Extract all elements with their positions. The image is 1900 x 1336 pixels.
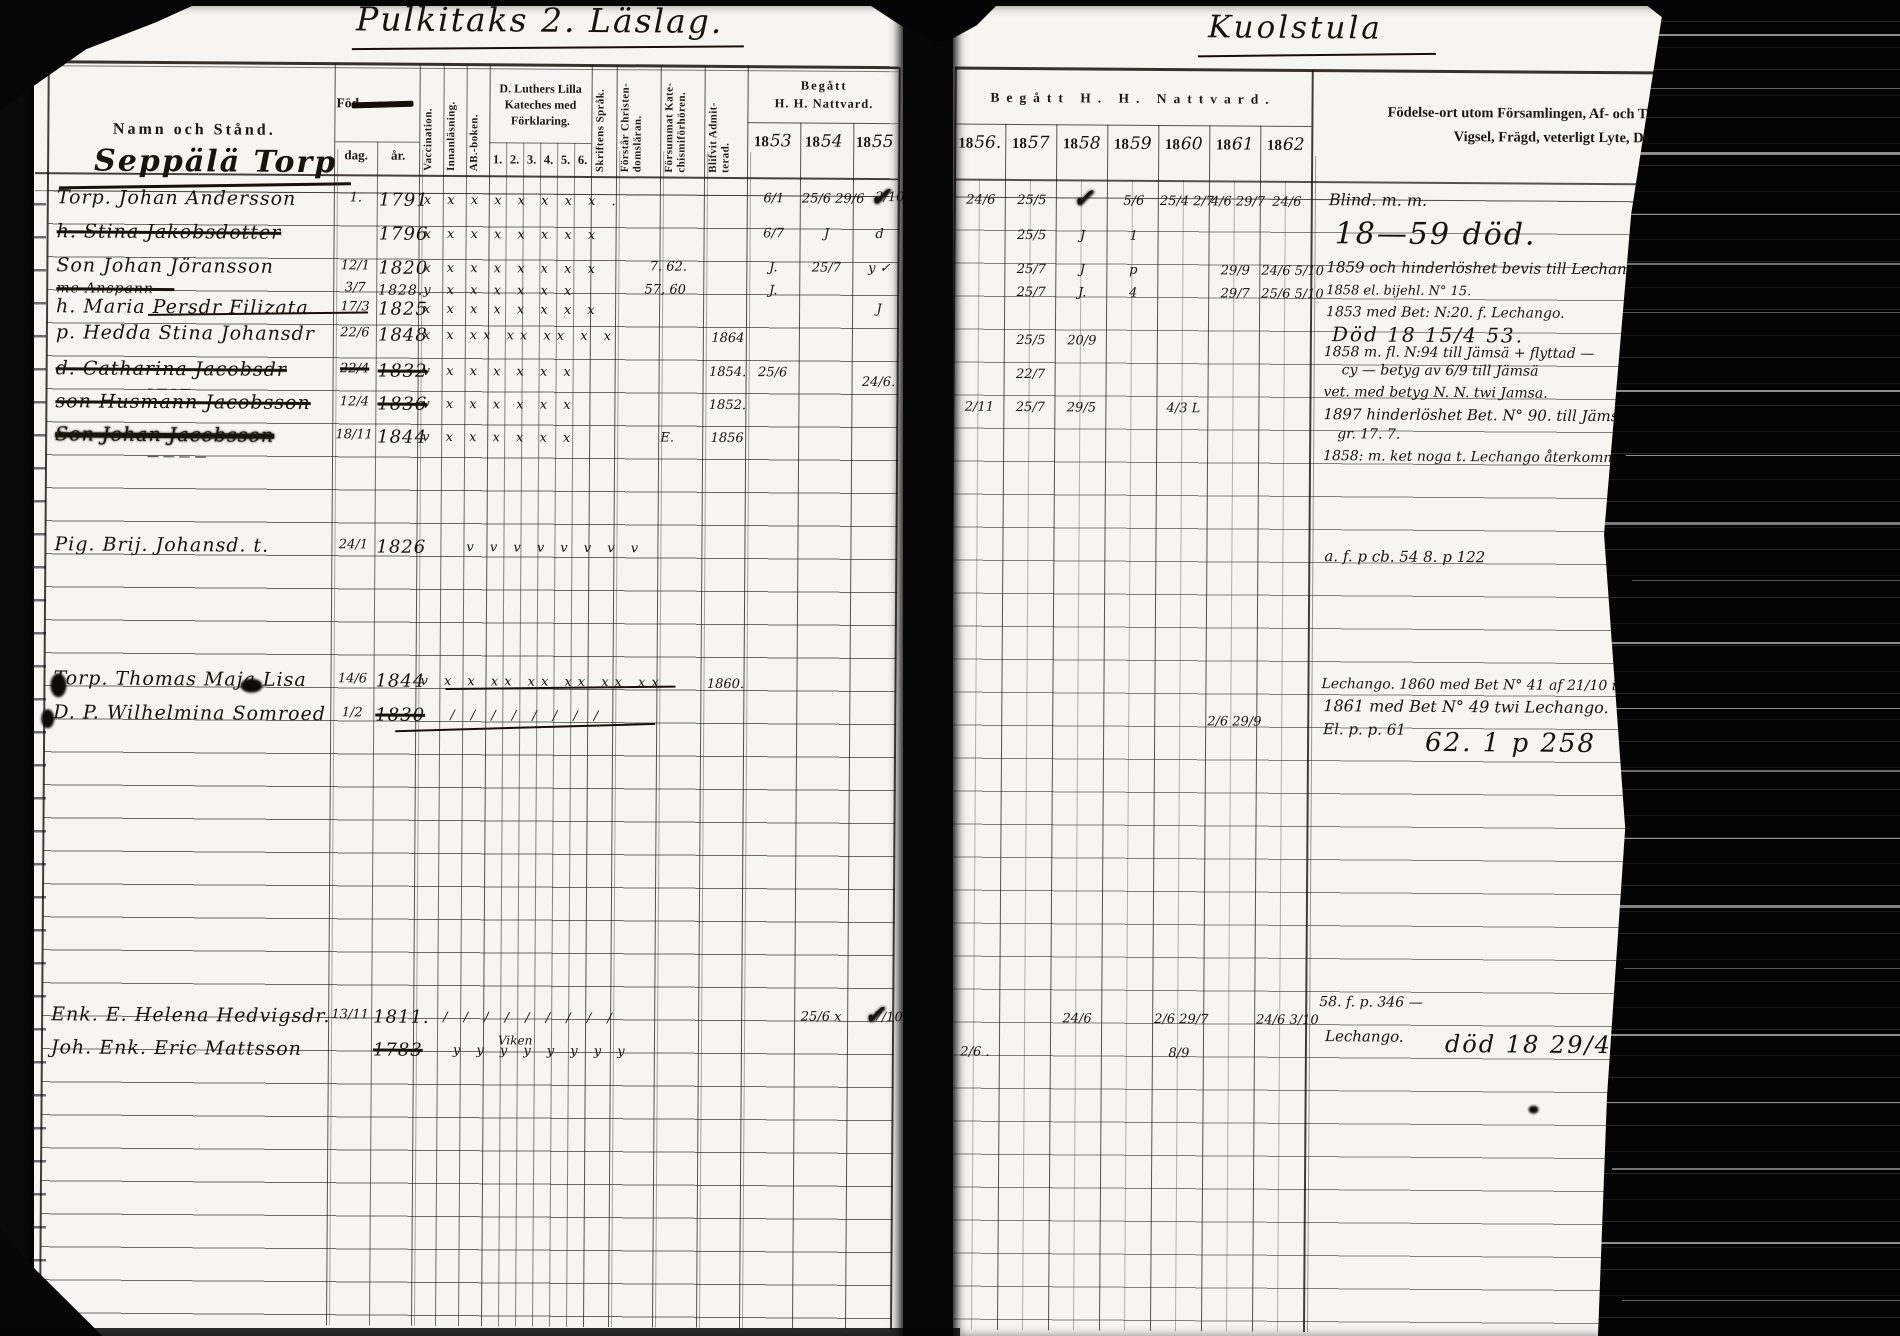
communion-mark: J. <box>748 260 798 275</box>
understands-christianity-header: Förstår Christen- domsläran. <box>619 70 659 172</box>
register-row-birth-day: 13/11 <box>329 1007 371 1022</box>
book-gutter <box>903 0 953 1336</box>
communion-mark: J <box>1058 228 1108 243</box>
right-page-title: Kuolstula <box>1208 9 1383 46</box>
register-row-birth-year: 1828. <box>378 282 423 298</box>
marginal-note: 1861 med Bet N° 49 twi Lechango. <box>1323 697 1608 718</box>
register-row-name: Pig. Brij. Johansd. t. <box>54 533 269 556</box>
year-printed: 18 <box>1165 137 1180 153</box>
catechism-part-number: 5. <box>557 153 574 168</box>
register-row-birth-year: 1825 <box>378 299 428 320</box>
communion-mark: 8/9 <box>1154 1046 1204 1061</box>
communion-mark: J <box>1057 262 1107 277</box>
year-header: 1854 <box>798 131 849 151</box>
communion-mark: 25/6 29/6 <box>802 191 852 206</box>
register-row-birth-year: 1836 <box>377 394 427 415</box>
communion-mark: 25/7 <box>1006 262 1056 277</box>
born-year-header: år. <box>377 148 419 164</box>
year-written: 54 <box>821 132 843 152</box>
register-row-birth-year: 1820 <box>378 258 428 279</box>
marginal-note: 18—59 död. <box>1335 217 1537 253</box>
marginal-note: 58. f. p. 346 — <box>1319 994 1422 1011</box>
communion-mark: 4/3 L <box>1158 401 1208 416</box>
communion-mark: 1864 <box>703 331 753 346</box>
communion-mark: J. <box>748 283 798 298</box>
register-row-birth-year: 1811. <box>373 1007 430 1028</box>
year-header: 1859 <box>1107 134 1158 154</box>
year-printed: 18 <box>1063 136 1078 152</box>
communion-mark: 5/6 <box>1109 194 1159 209</box>
communion-years-left: 185318541855 <box>747 131 900 152</box>
register-row-name: Torp. Johan Andersson <box>57 186 297 210</box>
communion-mark: 25/6 x <box>796 1009 846 1024</box>
register-row-check-marks: v x x x x x x <box>423 364 577 380</box>
register-row-check-marks: v x x x x x x <box>422 430 576 446</box>
register-row-birth-year: 1844 <box>377 427 427 448</box>
reading-header: Innanläsning. <box>445 69 466 171</box>
vaccination-header: Vaccination. <box>422 69 443 171</box>
year-written: 58 <box>1079 133 1101 153</box>
born-day-header: dag. <box>335 147 377 163</box>
register-row-birth-day: 3/7 <box>334 280 376 295</box>
register-row-birth-day: 22/4 <box>334 361 376 376</box>
communion-years-right: 1856.185718581859186018611862 <box>954 133 1311 155</box>
communion-mark: 6/7 <box>749 226 799 241</box>
marginal-note: 1897 hinderlöshet Bet. N° 90. till Jämsä <box>1323 405 1627 425</box>
communion-mark: 24/6 5/10 <box>1261 264 1311 279</box>
year-header: 1853 <box>747 131 798 151</box>
year-written: 59 <box>1130 134 1152 154</box>
marginal-note: 1859 och hinderlöshet bevis till Lechang… <box>1326 258 1650 278</box>
communion-mark: 1860. <box>700 677 750 692</box>
year-header: 1857 <box>1005 133 1056 153</box>
register-row-birth-year: 1848 <box>378 325 428 346</box>
register-row-check-marks: x x xx xx xx x x <box>423 328 617 344</box>
catechism-part-number: 3. <box>523 153 540 168</box>
communion-mark: E. <box>642 430 692 445</box>
year-written: 55 <box>872 132 894 152</box>
register-row-birth-day: 1/2 <box>331 705 373 720</box>
year-header: 1855 <box>849 132 900 152</box>
register-row-birth-year: 1826 <box>376 537 426 558</box>
communion-mark: J. <box>1057 285 1107 300</box>
register-row-name: me Anspann — <box>56 280 174 297</box>
year-written: 60 <box>1181 134 1203 154</box>
communion-mark: 20/9 <box>1057 333 1107 348</box>
year-printed: 18 <box>1012 136 1027 152</box>
catechism-part-number: 1. <box>489 152 506 167</box>
register-row-name: h. Stina Jakobsdotter <box>57 220 282 244</box>
register-row-check-marks: x x x x x x x x <box>423 261 601 277</box>
register-row-birth-year: 1796 <box>379 224 429 245</box>
ink-blot <box>240 679 262 693</box>
missed-catechism-header: Försummat Kate- chismiförhören. <box>663 71 703 173</box>
year-printed: 18 <box>1267 138 1282 154</box>
communion-header-right: Begått H. H. Nattvard. <box>955 90 1312 108</box>
register-row-check-marks: x x x x x x x x <box>423 302 601 318</box>
register-row-check-marks: v x x x x x x <box>422 397 576 413</box>
right-title-underline <box>1198 53 1436 57</box>
year-printed: 18 <box>754 134 769 150</box>
marginal-note: 1858 m. fl. N:94 till Jämsä + flyttad — <box>1324 344 1594 362</box>
ink-blot <box>1528 1106 1538 1114</box>
abc-book-header: AB.-boken. <box>468 69 489 171</box>
register-row-birth-year: 1783 <box>373 1040 423 1061</box>
ink-scribble <box>351 101 413 109</box>
marginal-note: 1853 med Bet: N:20. f. Lechango. <box>1326 304 1565 322</box>
register-row-birth-day: 1. <box>335 190 377 205</box>
register-row-check-marks: / / / / / / / / / <box>443 1010 618 1026</box>
scan-edge-left <box>0 0 34 1336</box>
communion-mark: p <box>1108 263 1158 278</box>
grid-line-horizontal <box>747 122 898 124</box>
register-row-check-marks: / / / / / / / / <box>450 708 604 724</box>
scanned-parish-register: 57 Pulkitaks 2. Läslag. Kuolstula Namn o… <box>0 0 1900 1336</box>
communion-mark: 25/5 <box>1007 193 1057 208</box>
communion-mark: 24/6 3/10 <box>1256 1013 1306 1028</box>
year-written: 62 <box>1283 135 1305 155</box>
register-row-birth-day: 24/1 <box>332 537 374 552</box>
marginal-note: gr. 17. 7. <box>1337 426 1400 442</box>
communion-mark: 1 <box>1109 229 1159 244</box>
register-row-name: D. P. Wilhelmina Somroed <box>53 701 326 725</box>
year-header: 1856. <box>954 133 1005 153</box>
grid-line-horizontal <box>954 124 1311 127</box>
communion-mark: 2/6 29/9 <box>1207 714 1257 729</box>
scan-dark-band-right <box>1598 0 1900 1336</box>
communion-mark: 6/1 <box>749 191 799 206</box>
register-row-birth-day: 22/6 <box>334 325 376 340</box>
communion-mark: 25/4 2/7 <box>1160 194 1210 209</box>
communion-mark: y ✓ <box>854 261 904 276</box>
communion-mark: 25/5 <box>1006 333 1056 348</box>
register-row-check-marks: y y y y y y y y <box>453 1043 631 1059</box>
communion-mark: 1854. <box>703 365 753 380</box>
marginal-note: Blind. m. m. <box>1329 191 1427 211</box>
communion-mark: 2/11 <box>954 400 1004 415</box>
register-row-name: p. Hedda Stina Johansdr <box>56 321 315 345</box>
year-header: 1862 <box>1260 135 1311 155</box>
year-written: 57 <box>1028 133 1050 153</box>
marginal-note: Viken <box>498 1034 533 1048</box>
year-printed: 18 <box>1216 137 1231 153</box>
marginal-note: 1858 el. bijehl. N° 15. <box>1326 283 1471 299</box>
communion-mark: J <box>802 226 852 241</box>
communion-mark: 24/6. <box>854 375 904 390</box>
year-printed: 18 <box>805 134 820 150</box>
register-row-birth-day: 12/1 <box>334 258 376 273</box>
register-row-check-marks: x x x x x x x x . <box>424 193 622 209</box>
communion-mark: 2/6 . <box>950 1045 1000 1060</box>
scan-edge-top <box>0 0 1900 5</box>
communion-mark: 4/6 29/7 <box>1211 194 1261 209</box>
year-written: 56. <box>974 133 1001 153</box>
catechism-part-number: 6. <box>574 153 591 168</box>
communion-mark: ✓ <box>1058 183 1108 212</box>
year-written: 53 <box>770 131 792 151</box>
left-page-title: Pulkitaks 2. Läslag. <box>356 0 724 41</box>
communion-mark: 29/5 <box>1056 400 1106 415</box>
year-header: 1860 <box>1158 134 1209 154</box>
register-row-birth-year: 1832 <box>378 361 428 382</box>
marginal-note: — — — — <box>147 449 207 463</box>
communion-mark: 7. 62. <box>643 259 693 274</box>
marginal-note: – — – — <box>147 382 191 395</box>
communion-mark: 29/9 <box>1210 263 1260 278</box>
communion-mark: 1852. <box>702 398 752 413</box>
communion-mark: 29/7 <box>1210 286 1260 301</box>
register-row-birth-day: 14/6 <box>331 671 373 686</box>
register-row-name: Joh. Enk. Eric Mattsson <box>51 1036 302 1060</box>
register-row-name: Torp. Thomas Maja Lisa <box>53 667 306 691</box>
register-row-birth-day: 18/11 <box>333 427 375 442</box>
communion-mark: 24/6 <box>956 193 1006 208</box>
communion-mark: 25/6 <box>748 365 798 380</box>
register-row-name: Son Johan Jöransson <box>56 254 274 278</box>
ink-blot <box>50 673 66 697</box>
marginal-note: vet. med betyg N. N. twi Jamsa. <box>1323 384 1547 402</box>
register-row-birth-year: 1844 <box>375 671 425 692</box>
marginal-note: cy — betyg av 6/9 till Jämsä <box>1342 362 1539 379</box>
marginal-note: a. f. p cb. 54 8. p 122 <box>1324 547 1485 566</box>
communion-header-left-line2: H. H. Nattvard. <box>747 96 900 112</box>
communion-mark: 4 <box>1108 286 1158 301</box>
marginal-note: El. p. p. 61 <box>1323 720 1406 739</box>
register-row-name: d. Catharina Jacobsdr <box>56 357 287 381</box>
register-row-birth-year: 1830 <box>375 705 425 726</box>
scripture-header: Skriftens Språk. <box>594 70 616 172</box>
scan-edge-ticks <box>30 203 46 1333</box>
communion-mark: 1856 <box>702 431 752 446</box>
catechism-header: D. Luthers Lilla Kateches med Förklaring… <box>491 80 589 129</box>
year-written: 61 <box>1232 134 1254 154</box>
communion-mark: J <box>854 302 904 317</box>
scan-edge-bottom <box>0 1328 960 1336</box>
communion-mark: 24/6 <box>1052 1011 1102 1026</box>
year-header: 1861 <box>1209 134 1260 154</box>
year-printed: 18 <box>1114 137 1129 153</box>
communion-mark: 25/7 <box>1005 400 1055 415</box>
marginal-note: Lechango. <box>1325 1027 1404 1046</box>
register-row-birth-year: 1791 <box>379 190 429 211</box>
communion-mark: 22/7 <box>1006 367 1056 382</box>
name-column-header: Namn och Stånd. <box>54 120 334 140</box>
year-printed: 18 <box>958 136 973 152</box>
communion-mark: d <box>855 227 905 242</box>
year-header: 1858 <box>1056 133 1107 153</box>
communion-mark: 2/6 29/7 <box>1154 1012 1204 1027</box>
communion-mark: 25/7 <box>801 260 851 275</box>
marginal-note: 62. 1 p 258 <box>1425 728 1596 759</box>
communion-mark: 24/6 <box>1262 195 1312 210</box>
register-row-check-marks: x x x x x x x x <box>424 227 602 243</box>
year-printed: 18 <box>856 135 871 151</box>
left-title-underline <box>352 45 744 50</box>
register-row-check-marks: v v v v v v v v <box>466 540 644 556</box>
admitted-header: Blifvit Admit- terad. <box>707 71 746 173</box>
register-row-name: Son Johan Jacobsson <box>55 423 274 447</box>
register-row-check-marks: y x x x x x x <box>423 283 577 299</box>
communion-mark: 25/7 <box>1006 285 1056 300</box>
communion-mark: 57, 60 <box>640 282 690 297</box>
catechism-part-number: 4. <box>540 153 557 168</box>
register-row-name: Enk. E. Helena Hedvigsdr. <box>51 1003 330 1027</box>
catechism-part-number: 2. <box>506 152 523 167</box>
communion-mark: 25/5 <box>1007 228 1057 243</box>
communion-header-left-line1: Begått <box>748 78 901 94</box>
register-row-birth-day: 12/4 <box>333 394 375 409</box>
communion-mark: 25/6 5/10 <box>1261 287 1311 302</box>
